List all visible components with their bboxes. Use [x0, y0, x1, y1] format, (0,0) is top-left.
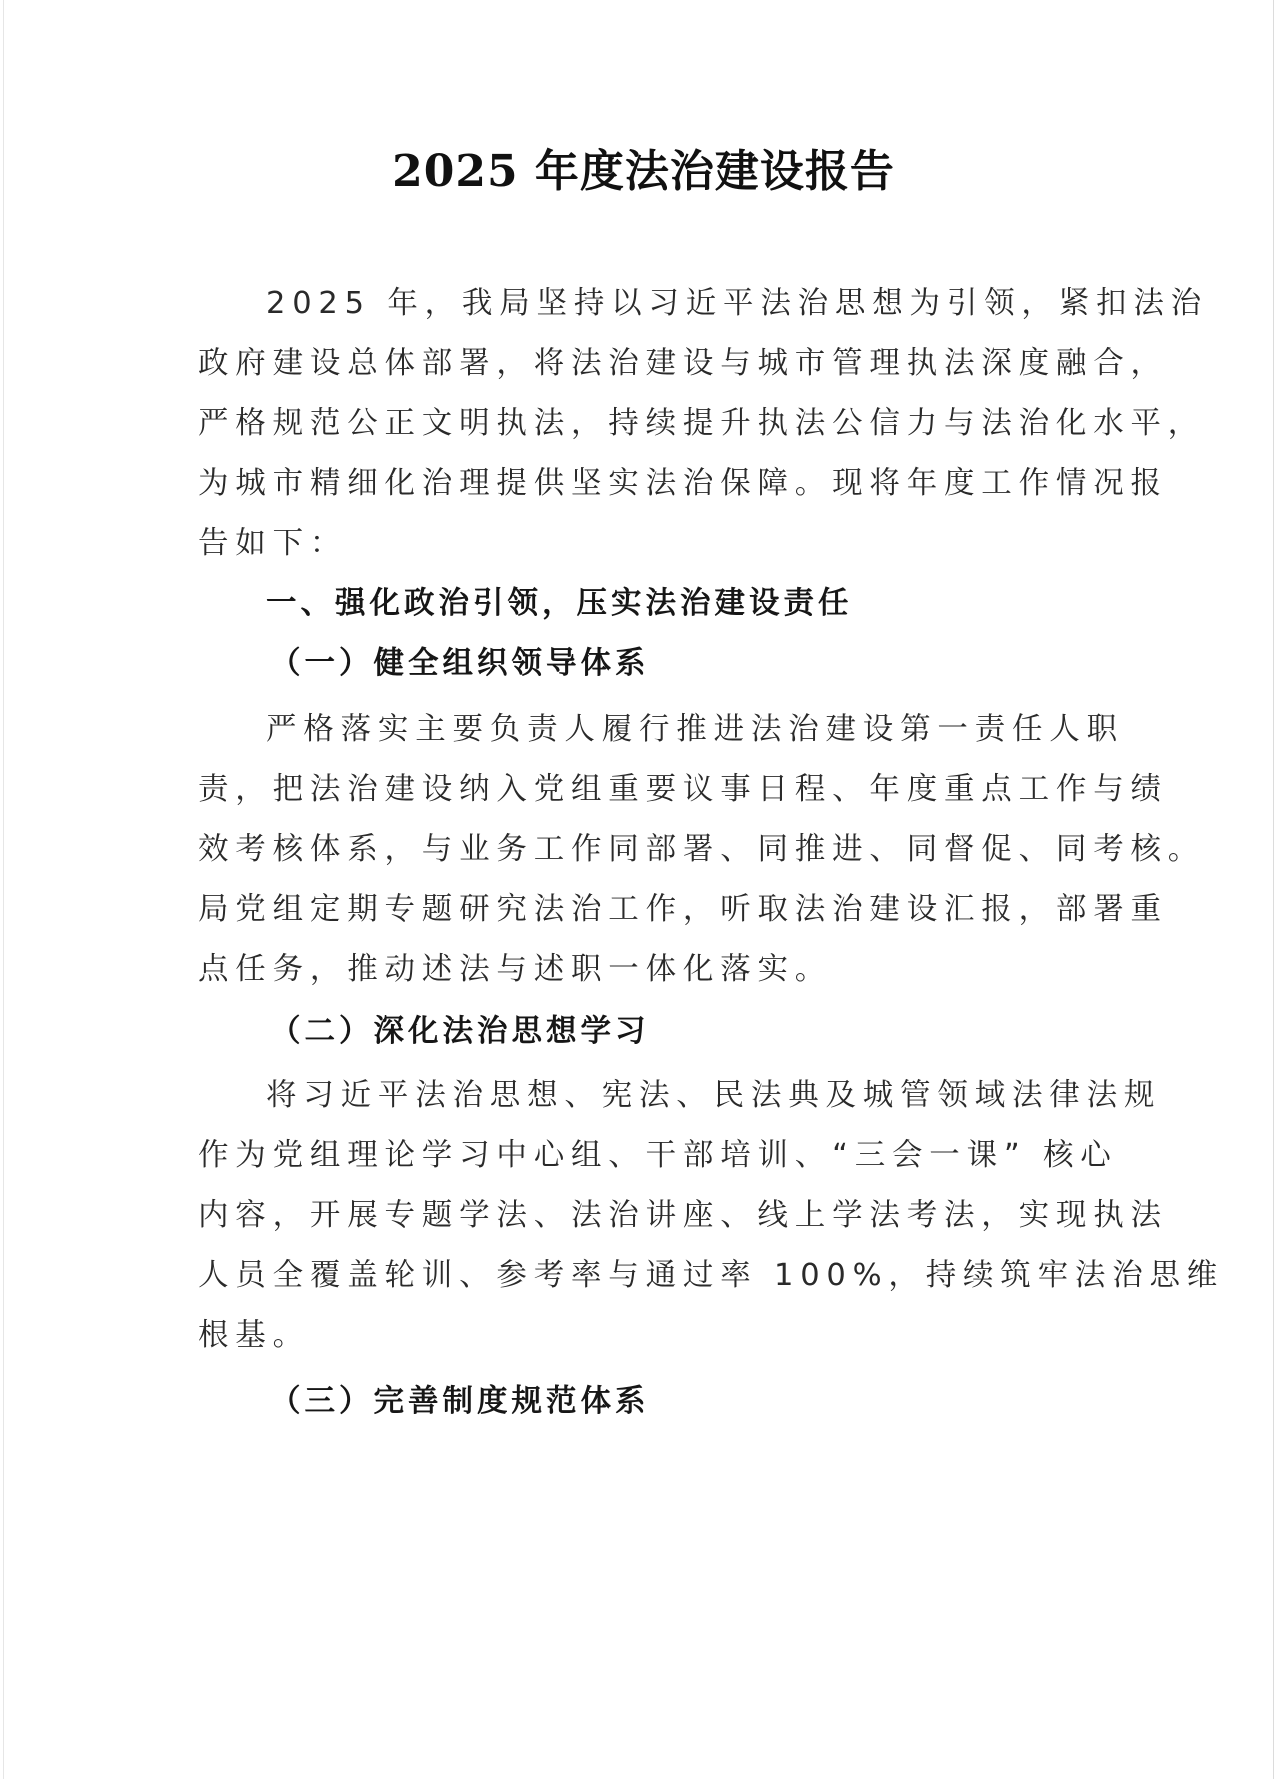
subsection-heading: （一）健全组织领导体系 — [270, 640, 650, 688]
paragraph-line: 根基。 — [198, 1312, 310, 1360]
paragraph-line: 将习近平法治思想、宪法、民法典及城管领域法律法规 — [266, 1072, 1161, 1120]
document-title: 2025 年度法治建设报告 — [4, 142, 1279, 202]
paragraph-line: 内容，开展专题学法、法治讲座、线上学法考法，实现执法 — [198, 1192, 1168, 1240]
intro-line: 政府建设总体部署，将法治建设与城市管理执法深度融合， — [198, 340, 1168, 388]
paragraph-line: 人员全覆盖轮训、参考率与通过率 100%，持续筑牢法治思维 — [198, 1252, 1224, 1300]
intro-line: 为城市精细化治理提供坚实法治保障。现将年度工作情况报 — [198, 460, 1168, 508]
intro-line: 严格规范公正文明执法，持续提升执法公信力与法治化水平， — [198, 400, 1205, 448]
subsection-heading: （三）完善制度规范体系 — [270, 1378, 650, 1426]
paragraph-line: 作为党组理论学习中心组、干部培训、“三会一课” 核心 — [198, 1132, 1118, 1180]
paragraph-line: 局党组定期专题研究法治工作，听取法治建设汇报，部署重 — [198, 886, 1168, 934]
document-page: 2025 年度法治建设报告 2025 年，我局坚持以习近平法治思想为引领，紧扣法… — [3, 0, 1274, 1779]
section-heading: 一、强化政治引领，压实法治建设责任 — [266, 580, 853, 628]
intro-line: 2025 年，我局坚持以习近平法治思想为引领，紧扣法治 — [266, 280, 1208, 328]
paragraph-line: 点任务，推动述法与述职一体化落实。 — [198, 946, 832, 994]
intro-line: 告如下： — [198, 520, 347, 568]
subsection-heading: （二）深化法治思想学习 — [270, 1008, 650, 1056]
paragraph-line: 严格落实主要负责人履行推进法治建设第一责任人职 — [266, 706, 1124, 754]
paragraph-line: 责，把法治建设纳入党组重要议事日程、年度重点工作与绩 — [198, 766, 1168, 814]
paragraph-line: 效考核体系，与业务工作同部署、同推进、同督促、同考核。 — [198, 826, 1205, 874]
